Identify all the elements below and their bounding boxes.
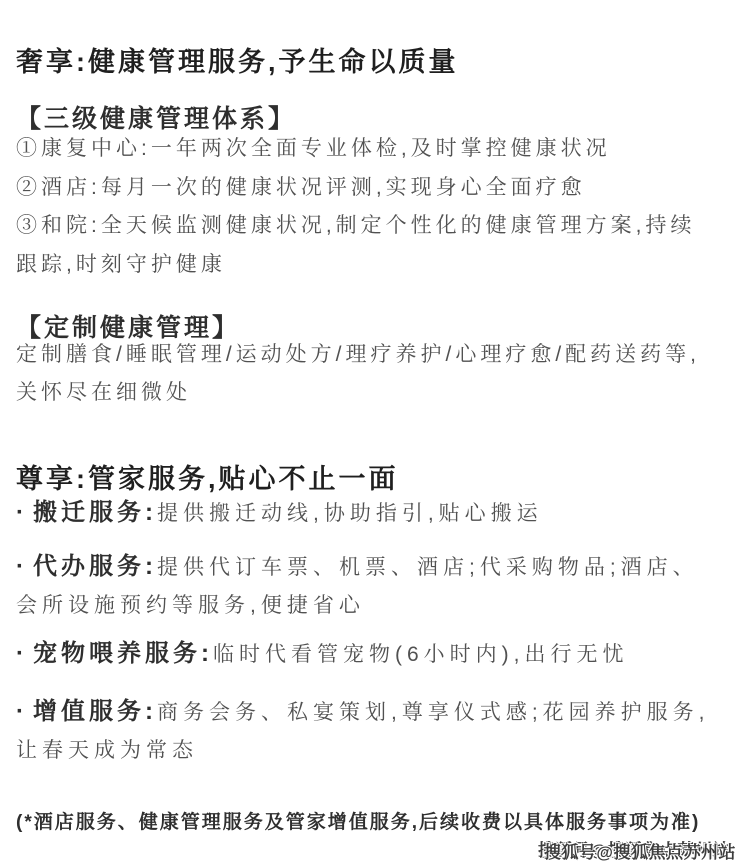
- bullet-dot-icon: ·: [16, 698, 29, 725]
- bullet-dot-icon: ·: [16, 553, 29, 580]
- bullet-dot-icon: ·: [16, 499, 29, 526]
- butler-item-label: 搬迁服务:: [33, 499, 157, 526]
- butler-item-label: 代办服务:: [33, 553, 157, 580]
- tier-item-rehab-center: ①康复中心:一年两次全面专业体检,及时掌控健康状况: [16, 129, 718, 168]
- health-section-title: 奢享:健康管理服务,予生命以质量: [16, 46, 718, 78]
- watermark-text-ghost: 搜狐号@搜狐焦点苏州站: [544, 838, 736, 863]
- sohu-watermark: 搜狐号@搜狐焦点苏州站 搜狐号@搜狐焦点苏州站: [538, 836, 730, 860]
- butler-item-desc: 提供搬迁动线,协助指引,贴心搬运: [157, 502, 543, 525]
- butler-item-desc: 临时代看管宠物(6小时内),出行无忧: [213, 643, 629, 666]
- bullet-dot-icon: ·: [16, 640, 29, 667]
- butler-item-label: 增值服务:: [33, 698, 157, 725]
- butler-item-moving: ·搬迁服务:提供搬迁动线,协助指引,贴心搬运: [16, 494, 718, 533]
- tier-item-hotel: ②酒店:每月一次的健康状况评测,实现身心全面疗愈: [16, 168, 718, 207]
- footnote-disclaimer: (*酒店服务、健康管理服务及管家增值服务,后续收费以具体服务事项为准): [16, 808, 718, 838]
- article-page: 奢享:健康管理服务,予生命以质量 【三级健康管理体系】 ①康复中心:一年两次全面…: [0, 0, 740, 865]
- butler-item-pet-care: ·宠物喂养服务:临时代看管宠物(6小时内),出行无忧: [16, 635, 718, 674]
- custom-health-body: 定制膳食/睡眠管理/运动处方/理疗养护/心理疗愈/配药送药等,关怀尽在细微处: [16, 336, 718, 412]
- butler-item-errand: ·代办服务:提供代订车票、机票、酒店;代采购物品;酒店、会所设施预约等服务,便捷…: [16, 548, 718, 625]
- butler-item-value-added: ·增值服务:商务会务、私宴策划,尊享仪式感;花园养护服务,让春天成为常态: [16, 693, 718, 770]
- butler-section-title: 尊享:管家服务,贴心不止一面: [16, 463, 718, 495]
- tier-item-heyuan: ③和院:全天候监测健康状况,制定个性化的健康管理方案,持续跟踪,时刻守护健康: [16, 206, 718, 284]
- butler-item-label: 宠物喂养服务:: [33, 640, 213, 667]
